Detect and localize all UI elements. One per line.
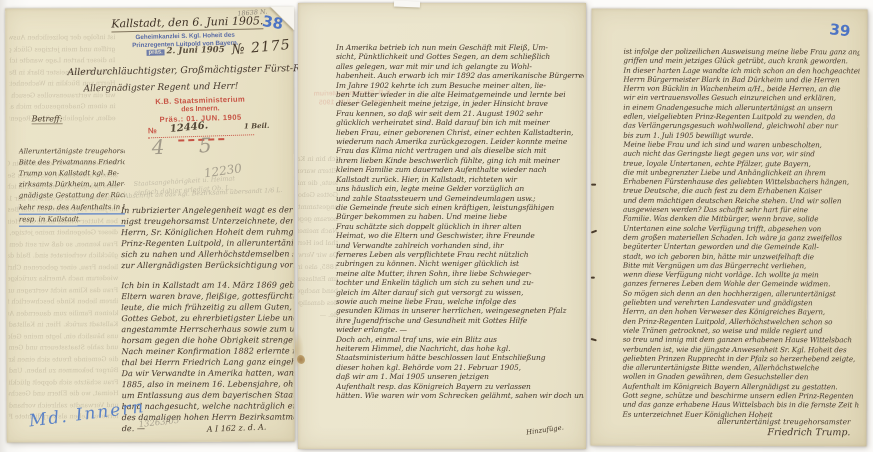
handwriting-line: Herrn, Sr. Königlichen Hoheit dem ruhmge…: [121, 227, 293, 239]
body-text: ist infolge der polizeilichen Ausweisung…: [622, 47, 859, 419]
handwriting-line: wiederum nach Amerika zurückgezogen. Lei…: [8, 273, 118, 285]
handwriting-line: In rubrizierter Angelegenheit wagt es de…: [121, 205, 293, 217]
handwriting-line: und das ganze erhabene Haus Wittelsbach …: [623, 400, 859, 410]
handwriting-line: tochter und Enkelin täglich um sich zu s…: [336, 278, 584, 287]
handwriting-line: wieder erlangte. —: [336, 325, 584, 334]
stray-ink-mark: [591, 338, 597, 341]
handwriting-line: gesunden Klimas in unserer herrlichen, w…: [336, 306, 584, 315]
stray-ink-mark: [591, 230, 597, 234]
handwriting-line: band nachgesucht, welche nachträglich er…: [298, 285, 338, 297]
folio-number-39: 39: [829, 20, 852, 40]
enclosure-note-handwritten: 1 Beil.: [244, 120, 270, 130]
handwriting-line: Heimat, wo die Eltern und Geschwister, i…: [336, 231, 584, 240]
document-scan: ist infolge der polizeilichen Ausweisung…: [0, 0, 873, 452]
handwriting-line: ist infolge der polizeilichen Ausweisung…: [9, 32, 115, 44]
handwriting-line: Eltern waren brave, fleißige, gottesfürc…: [298, 165, 338, 177]
handwriting-line: resp. in Kallstadt.: [19, 214, 125, 225]
margin-subject-note: Alleruntertänigste treugehorsamsteBitte …: [19, 146, 125, 201]
praes-label: präs.: [146, 50, 164, 56]
handwriting-line: Nach meiner Konfirmation 1882 erlernte i…: [298, 225, 338, 237]
handwriting-line: das Verlängerungsgesuch wohlwollend, gle…: [623, 121, 859, 131]
handwriting-line: lieben Frau, einer geborenen Christ, ein…: [8, 262, 118, 274]
handwriting-line: treue, loyale Untertanen, echte Pfälzer,…: [623, 158, 859, 168]
praes-date-handwritten: 2. Juni 1905: [166, 45, 224, 56]
handwriting-line: und zahle Staatssteuern und Gemeindeumla…: [336, 194, 584, 203]
letter-page-1: ist infolge der polizeilichen Ausweisung…: [5, 7, 295, 442]
handwriting-line: ganzes ferneres Leben dem Wohle der Geme…: [623, 279, 859, 289]
handwriting-line: 1885, also in meinem 16. Lebensjahre, oh…: [298, 261, 338, 273]
handwriting-line: Kallstadt zurück. Hier, in Kallstadt, ri…: [336, 175, 584, 184]
handwriting-line: dieser Gelegenheit meine jetzige, in jed…: [336, 99, 584, 108]
letter-page-3: 39 ist infolge der polizeilichen Ausweis…: [590, 9, 867, 447]
handwriting-line: Da wir Verwandte in Amerika hatten, wand…: [121, 367, 293, 379]
handwriting-line: Gottes Gebot, zu ehrerbietigster Liebe u…: [298, 189, 338, 201]
handwriting-line: angestammte Herrscherhaus sowie zum unbe…: [121, 324, 293, 336]
body-paragraph-1: In rubrizierter Angelegenheit wagt es de…: [121, 205, 293, 272]
handwriting-line: gleich im Alter darauf sich gut versorgt…: [336, 288, 584, 297]
handwriting-line: In Amerika betrieb ich nun mein Geschäft…: [336, 43, 584, 52]
handwriting-line: Frau kennen, so daß wir seit dem 21. Aug…: [336, 109, 584, 118]
handwriting-line: Herrn, an den hohen Verweser des Königre…: [623, 307, 859, 317]
handwriting-line: leute, die mich frühzeitig zu allem Gute…: [298, 177, 338, 189]
handwriting-line: 1885, also in meinem 16. Lebensjahre, oh…: [122, 378, 294, 390]
handwriting-line: Doch ach, einmal traf uns, wie ein Blitz…: [336, 335, 584, 344]
handwriting-line: um Entlassung aus dem bayerischen Staats…: [122, 389, 294, 401]
handwriting-line: band nachgesucht, welche nachträglich er…: [122, 400, 294, 412]
handwriting-line: habenheit. Auch erwarb ich mir 1892 das …: [336, 71, 584, 80]
handwriting-line: angestammte Herrscherhaus sowie zum unbe…: [298, 201, 338, 213]
handwriting-line: den Prinz-Regenten Luitpold, Allerhöchst…: [623, 316, 859, 326]
handwriting-line: kleinen Familie zum dauernden Aufenthalt…: [8, 308, 118, 320]
handwriting-line: leute, die mich frühzeitig zu allem Gute…: [121, 302, 293, 314]
paper-fold-notch: [394, 1, 420, 8]
handwriting-line: horsam gegen die hohe Obrigkeit strenge …: [121, 335, 293, 347]
numero-label: №: [148, 126, 157, 135]
handwriting-line: horsam gegen die hohe Obrigkeit strenge …: [298, 213, 338, 225]
handwriting-line: ihre Jugendfrische und Gesundheit mit Go…: [336, 316, 584, 325]
handwriting-line: Frau das Klima nicht vertragen und als d…: [336, 146, 584, 155]
handwriting-line: Nach meiner Konfirmation 1882 erlernte i…: [121, 346, 293, 358]
handwriting-line: glücklich verheiratet sind. Bald darauf …: [8, 250, 118, 262]
handwriting-line: wollen in Gnaden gewähren, dem Gesuchste…: [623, 372, 859, 382]
stray-ink-mark: [591, 184, 596, 186]
body-text: In Amerika betrieb ich nun mein Geschäft…: [336, 43, 584, 400]
handwriting-line: thal bei Herrn Friedrich Lang ganz einge…: [121, 357, 293, 369]
handwriting-line: sich zu nahen und Allerhöchstdemselben s…: [121, 249, 293, 261]
handwriting-line: Trump von Kallstadt kgl. Be-: [19, 168, 125, 179]
handwriting-line: so treu und innig mit dem ganzen erhaben…: [623, 335, 859, 345]
handwriting-line: Ich bin in Kallstadt am 14. März 1869 ge…: [121, 280, 293, 292]
handwriting-line: ben Mutter wieder in die alte Heimatgeme…: [336, 90, 584, 99]
handwriting-line: Eltern waren brave, fleißige, gottesfürc…: [121, 291, 293, 303]
handwriting-line: dieser hohen kgl. Behörde vom 21. Februa…: [336, 363, 584, 372]
handwriting-line: Frau schätzte sich doppelt glücklich in …: [9, 377, 119, 389]
body-paragraph-2: Ich bin in Kallstadt am 14. März 1869 ge…: [121, 280, 294, 435]
pencil-number-large: 4 5: [151, 132, 226, 159]
catchword: Hinzufüge.: [526, 423, 565, 436]
handwriting-line: die Gemeinde freute sich einen kräftigen…: [336, 203, 584, 212]
handwriting-line: Frau das Klima nicht vertragen und als d…: [8, 285, 118, 297]
handwriting-line: dieser Gelegenheit meine jetzige, in jed…: [8, 227, 118, 239]
handwriting-line: gnädigste Gestattung der Rück-: [19, 190, 125, 201]
handwriting-line: und zahle Staatssteuern und Gemeindeumla…: [8, 342, 118, 354]
handwriting-line: sicht, Pünktlichkeit und Gottes Segen, a…: [336, 52, 584, 61]
handwriting-line: stadt, wo ich geboren bin, hätte mir unz…: [623, 251, 859, 261]
handwriting-line: ferneres Leben als verpflichtete Frau re…: [336, 250, 584, 259]
handwriting-line: Heimat, wo die Eltern und Geschwister, i…: [9, 388, 119, 400]
handwriting-line: und Verwandte zahlreich vorhanden sind, …: [336, 241, 584, 250]
handwriting-line: uns häuslich ein, legte meine Gelder vor…: [336, 184, 584, 193]
handwriting-line: Kallstadt zurück. Hier, in Kallstadt, ri…: [8, 319, 118, 331]
handwriting-line: Bürger bekommen zu haben. Und meine lieb…: [336, 212, 584, 221]
handwriting-line: uns häuslich ein, legte meine Gelder vor…: [8, 331, 118, 343]
handwriting-line: nigst treugehorsamst Unterzeichnete, dem…: [121, 216, 293, 228]
handwriting-line: zubringen zu können. Nicht weniger glück…: [336, 259, 584, 268]
handwriting-line: sowie auch meine liebe Frau, welche info…: [336, 297, 584, 306]
handwriting-line: meine alte Mutter, ihren Sohn, ihre lieb…: [336, 269, 584, 278]
handwriting-line: verbunden ist, wie die jüngste Anwesenhe…: [623, 344, 859, 354]
handwriting-line: zur Allergnädigsten Berücksichtigung vor…: [121, 260, 293, 272]
handwriting-line: Familie. Was denken die Mitbürger, wenn …: [623, 214, 859, 224]
salutation-line-2: Allergnädigster Regent und Herr!: [83, 82, 238, 95]
handwriting-line: griffen und mein jetziges Glück getrübt,…: [9, 44, 115, 56]
handwriting-line: Ich bin in Kallstadt am 14. März 1869 ge…: [298, 153, 338, 165]
closing-formula: alleruntertänigst treugehorsamster: [700, 417, 850, 426]
verso-bleed-through: Ich bin in Kallstadt am 14. März 1869 ge…: [298, 153, 338, 415]
folio-number-38: 38: [261, 12, 285, 33]
signature-friedrich-trump: Friedrich Trump.: [700, 427, 850, 438]
handwriting-line: ihrem lieben Kinde beschwerlich fühlte, …: [336, 156, 584, 165]
handwriting-line: des damaligen hohen Herrn Bezirksamtmann…: [298, 297, 338, 309]
handwriting-line: ihrem lieben Kinde beschwerlich fühlte, …: [8, 296, 118, 308]
dateline: Kallstadt, den 6. Juni 1905.: [111, 14, 263, 32]
handwriting-line: Bürger bekommen zu haben. Und meine lieb…: [8, 365, 118, 377]
stray-ink-mark: [591, 277, 595, 279]
privy-chancellery-stamp: Geheimkanzlei S. Kgl. Hoheit des Prinzre…: [123, 31, 248, 58]
handwriting-line: lieben Frau, einer geborenen Christ, ein…: [336, 128, 584, 137]
salutation-line-1: Allerdurchläuchtigster, Großmächtigster …: [67, 63, 330, 79]
handwriting-line: griffen und mein jetziges Glück getrübt,…: [623, 56, 859, 66]
paper-damage-spot: [297, 355, 305, 364]
handwriting-line: In dieser harten Lage wandte ich mich sc…: [9, 55, 115, 67]
handwriting-line: Staatsministerium hätte beschlossen laut…: [336, 353, 584, 362]
handwriting-line: kleinen Familie zum dauernden Aufenthalt…: [336, 165, 584, 174]
handwriting-line: Aufenthalt resp. das Königreich Bayern z…: [336, 382, 584, 391]
handwriting-line: zirksamts Dürkheim, um Aller-: [19, 179, 125, 190]
handwriting-line: Im Jahre 1902 kehrte ich zum Besuche mei…: [336, 81, 584, 90]
handwriting-line: Prinz-Regenten Luitpold, in alleruntertä…: [121, 238, 293, 250]
handwriting-line: kehr resp. des Aufenthalts in Bayern: [19, 202, 125, 213]
handwriting-line: Bitte des Privatmanns Friedrich: [19, 157, 125, 168]
handwriting-line: hätten. Wie waren wir vom Schrecken gelä…: [336, 391, 584, 400]
letter-page-2: K.B. Staatsministerium Präs.: 01. JUN. 1…: [298, 3, 586, 449]
handwriting-line: die Gemeinde freute sich einen kräftigen…: [8, 354, 118, 366]
handwriting-line: de. —: [298, 309, 338, 321]
handwriting-line: thal bei Herrn Friedrich Lang ganz einge…: [298, 237, 338, 249]
handwriting-line: Untertanen eine solche Verfügung trifft,…: [623, 223, 859, 233]
handwriting-line: In dieser harten Lage wandte ich mich sc…: [623, 65, 859, 75]
handwriting-line: Frau schätzte sich doppelt glücklich in …: [336, 222, 584, 231]
handwriting-line: heiterem Himmel, die Nachricht, das hohe…: [336, 344, 584, 353]
handwriting-line: treue Deutsche, die auch fest zu dem Erh…: [623, 186, 859, 196]
handwriting-line: um Entlassung aus dem bayerischen Staats…: [298, 273, 338, 285]
handwriting-line: begüterter Untertan geworden und die Gem…: [623, 242, 859, 252]
handwriting-line: glücklich verheiratet sind. Bald darauf …: [336, 118, 584, 127]
handwriting-line: daß wir am 1. Mai 1905 unseren jetzigen: [336, 372, 584, 381]
betreff-heading: Betreff:: [32, 114, 63, 124]
handwriting-line: wir ein vertrauensvolles Gesuch einzurei…: [623, 93, 859, 103]
handwriting-line: alles gelegen, war mit mir und ich gelan…: [336, 62, 584, 71]
handwriting-line: auch nicht das Geringste liegt gegen uns…: [623, 149, 859, 159]
handwriting-line: Da wir Verwandte in Amerika hatten, wand…: [298, 249, 338, 261]
handwriting-line: in einem Gnadengesuche mich alleruntertä…: [10, 101, 116, 113]
margin-subject-note-underlined: kehr resp. des Aufenthalts in Bayernresp…: [19, 202, 125, 226]
handwriting-line: Frau kennen, so daß wir seit dem 21. Aug…: [8, 239, 118, 251]
handwriting-line: Alleruntertänigste treugehorsamste: [19, 146, 125, 157]
signature-block: alleruntertänigst treugehorsamster Fried…: [700, 417, 850, 438]
handwriting-line: wiederum nach Amerika zurückgezogen. Lei…: [336, 137, 584, 146]
handwriting-line: Gottes Gebot, zu ehrerbietigster Liebe u…: [121, 313, 293, 325]
